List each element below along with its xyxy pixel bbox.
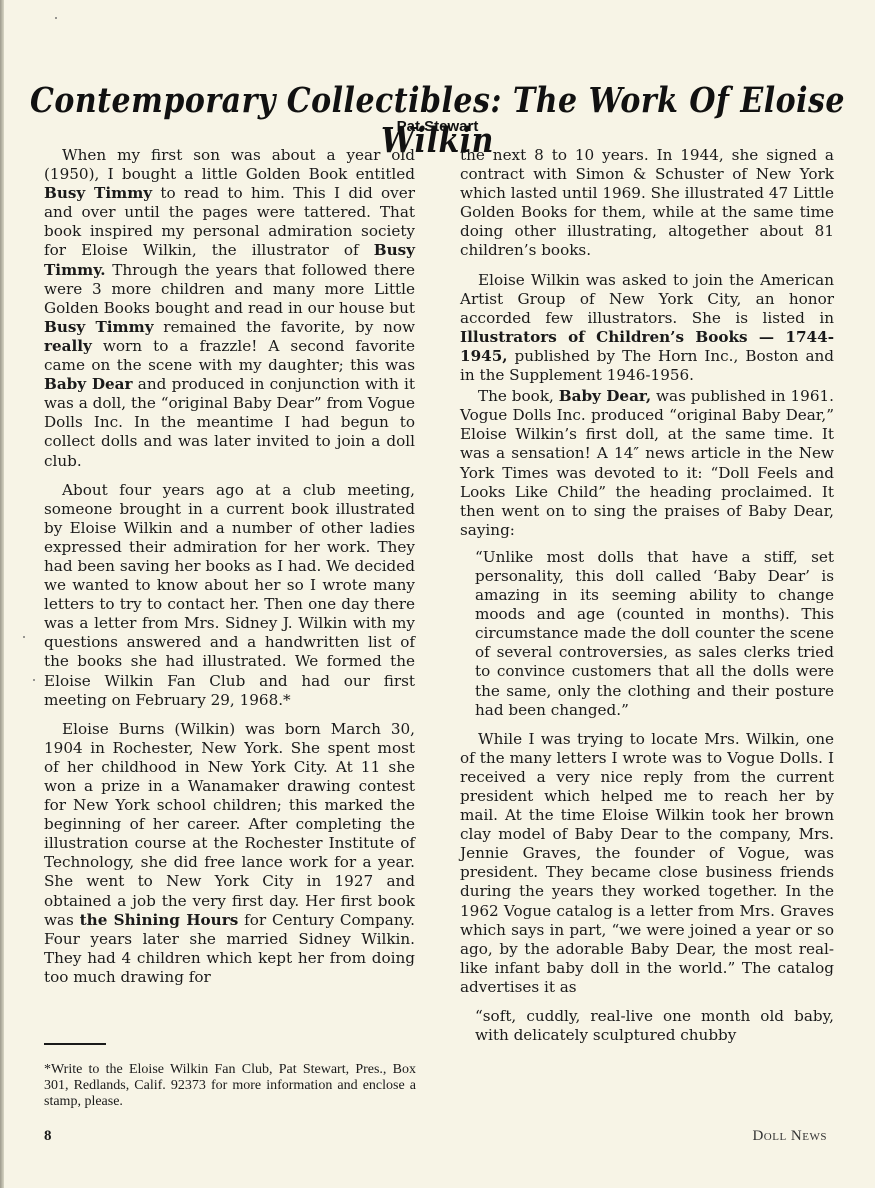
paragraph: Eloise Burns (Wilkin) was born March 30,… — [44, 720, 415, 987]
right-column: the next 8 to 10 years. In 1944, she sig… — [460, 146, 834, 1055]
paragraph: the next 8 to 10 years. In 1944, she sig… — [460, 146, 834, 261]
book-title: Baby Dear — [44, 375, 133, 393]
paragraph: While I was trying to locate Mrs. Wil­ki… — [460, 730, 834, 997]
block-quote: “soft, cuddly, real-live one month old b… — [475, 1007, 834, 1045]
book-title: Busy Timmy — [44, 184, 152, 202]
paragraph: About four years ago at a club meeting, … — [44, 481, 415, 710]
block-quote: “Unlike most dolls that have a stiff, se… — [475, 548, 834, 720]
footnote-divider — [44, 1043, 106, 1045]
left-column: When my first son was about a year old (… — [44, 146, 415, 997]
publication-name: Doll News — [752, 1128, 827, 1145]
footnote: *Write to the Eloise Wilkin Fan Club, Pa… — [44, 1062, 416, 1110]
book-title: Baby Dear, — [559, 387, 651, 405]
paragraph: Eloise Wilkin was asked to join the Amer… — [460, 271, 834, 386]
book-title: the Shining Hours — [80, 911, 239, 929]
book-title: Busy Timmy — [44, 318, 154, 336]
page-number: 8 — [44, 1128, 52, 1145]
paragraph: The book, Baby Dear, was published in 19… — [460, 387, 834, 540]
emphasis: really — [44, 337, 92, 355]
author-byline: Pat Stewart — [0, 118, 875, 135]
paper-speck — [23, 636, 25, 638]
paper-speck — [55, 17, 57, 19]
paper-speck — [33, 679, 35, 681]
paragraph: When my first son was about a year old (… — [44, 146, 415, 471]
page-binding-edge — [0, 0, 4, 1188]
